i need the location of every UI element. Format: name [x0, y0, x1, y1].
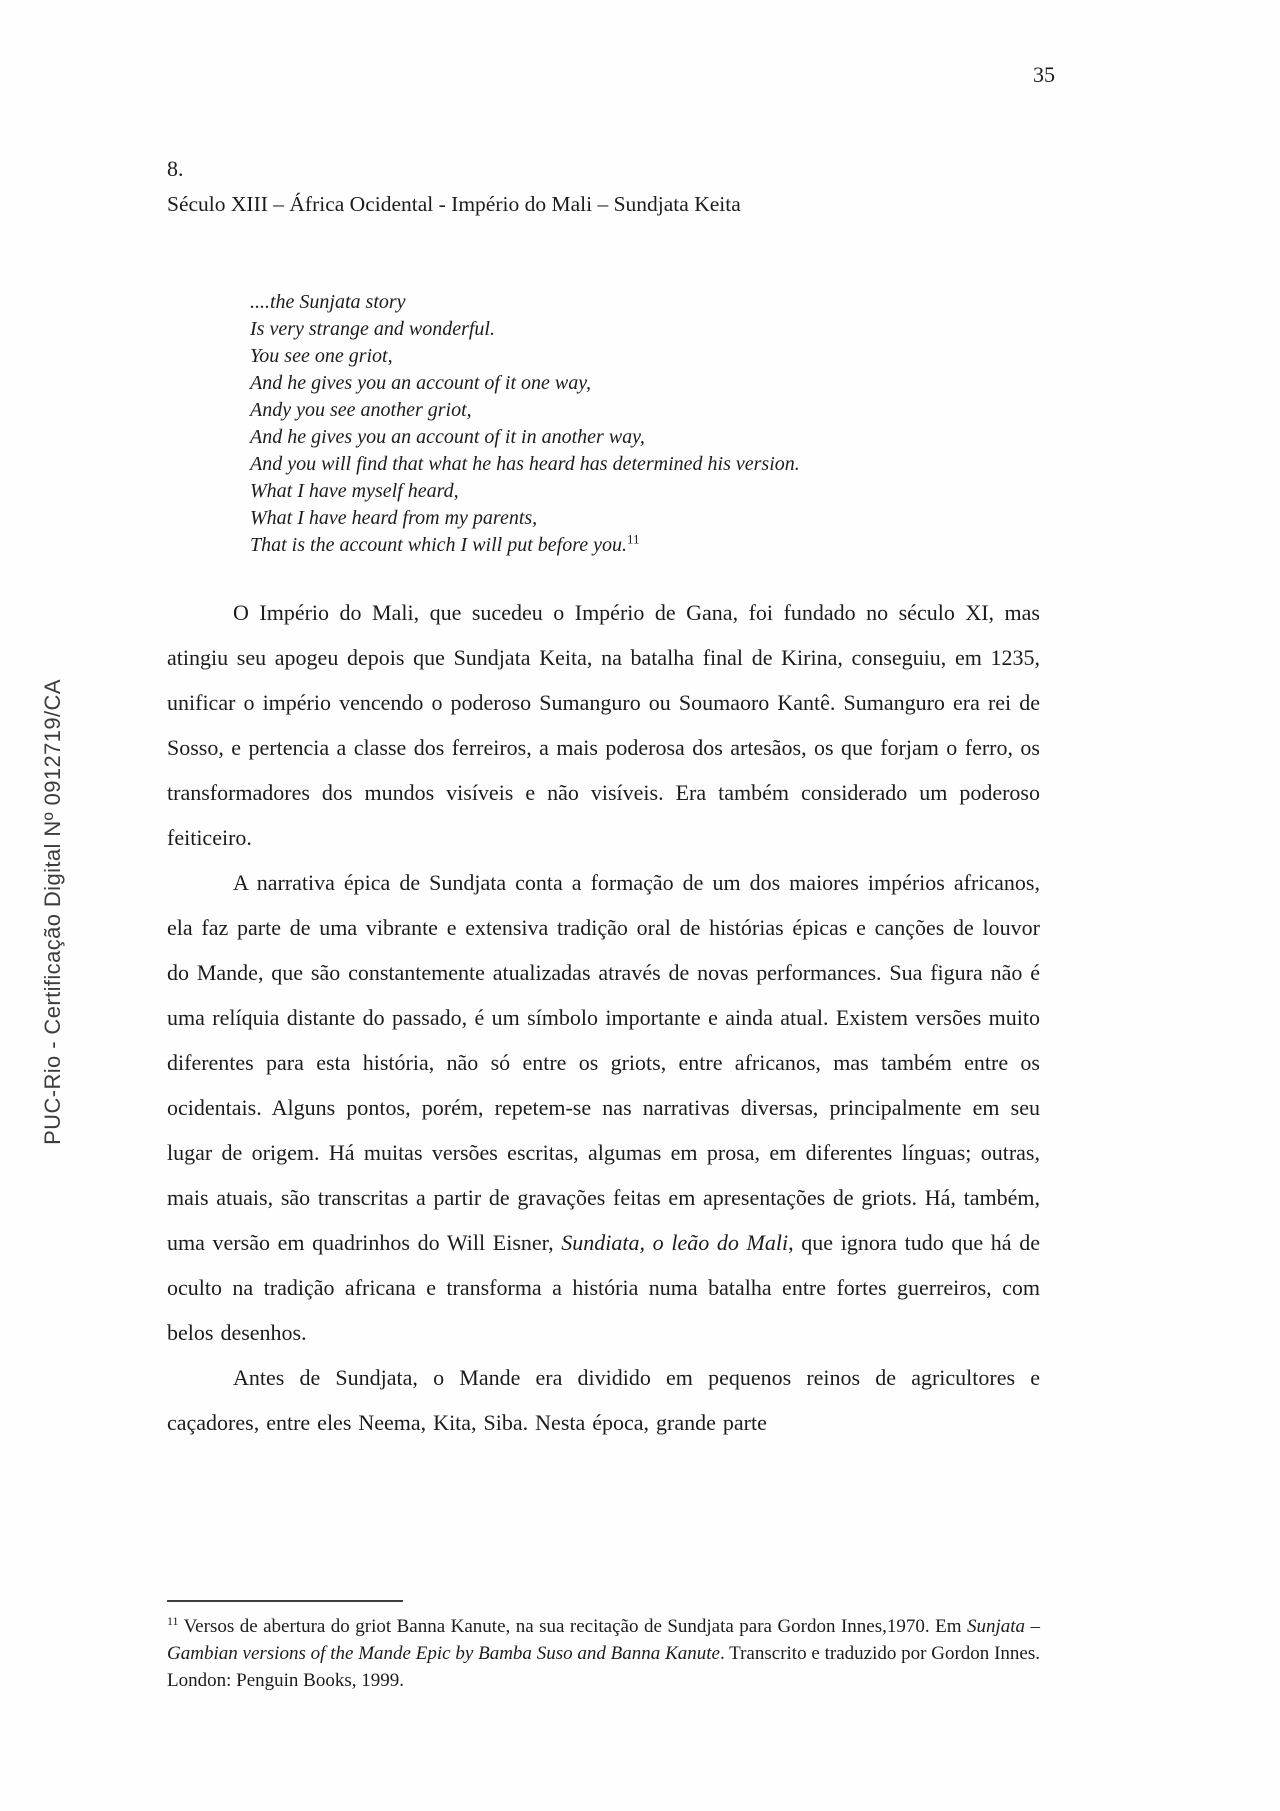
- footnote-text: Versos de abertura do griot Banna Kanute…: [167, 1616, 1040, 1691]
- poem-line: ....the Sunjata story: [250, 289, 800, 316]
- poem-line: And he gives you an account of it one wa…: [250, 370, 800, 397]
- document-page: PUC-Rio - Certificação Digital Nº 091271…: [0, 0, 1280, 1811]
- epigraph-poem: ....the Sunjata story Is very strange an…: [250, 289, 800, 559]
- section-number: 8.: [167, 156, 184, 182]
- paragraph: A narrativa épica de Sundjata conta a fo…: [167, 860, 1040, 1355]
- footnote-separator: [167, 1600, 403, 1602]
- page-number: 35: [1033, 62, 1055, 88]
- body-text: O Império do Mali, que sucedeu o Império…: [167, 590, 1040, 1445]
- poem-line: Is very strange and wonderful.: [250, 316, 800, 343]
- poem-line-text: That is the account which I will put bef…: [250, 534, 627, 556]
- paragraph: Antes de Sundjata, o Mande era dividido …: [167, 1355, 1040, 1445]
- footnote-reference: 11: [627, 531, 640, 546]
- paragraph: O Império do Mali, que sucedeu o Império…: [167, 590, 1040, 860]
- footnote: 11Versos de abertura do griot Banna Kanu…: [167, 1613, 1040, 1694]
- poem-line: Andy you see another griot,: [250, 397, 800, 424]
- poem-line: And he gives you an account of it in ano…: [250, 424, 800, 451]
- poem-line: That is the account which I will put bef…: [250, 532, 800, 559]
- certification-watermark: PUC-Rio - Certificação Digital Nº 091271…: [40, 679, 66, 1145]
- poem-line: You see one griot,: [250, 343, 800, 370]
- poem-line: And you will find that what he has heard…: [250, 451, 800, 478]
- poem-line: What I have myself heard,: [250, 478, 800, 505]
- poem-line: What I have heard from my parents,: [250, 505, 800, 532]
- section-title: Século XIII – África Ocidental - Império…: [167, 192, 741, 217]
- footnote-marker: 11: [167, 1614, 179, 1628]
